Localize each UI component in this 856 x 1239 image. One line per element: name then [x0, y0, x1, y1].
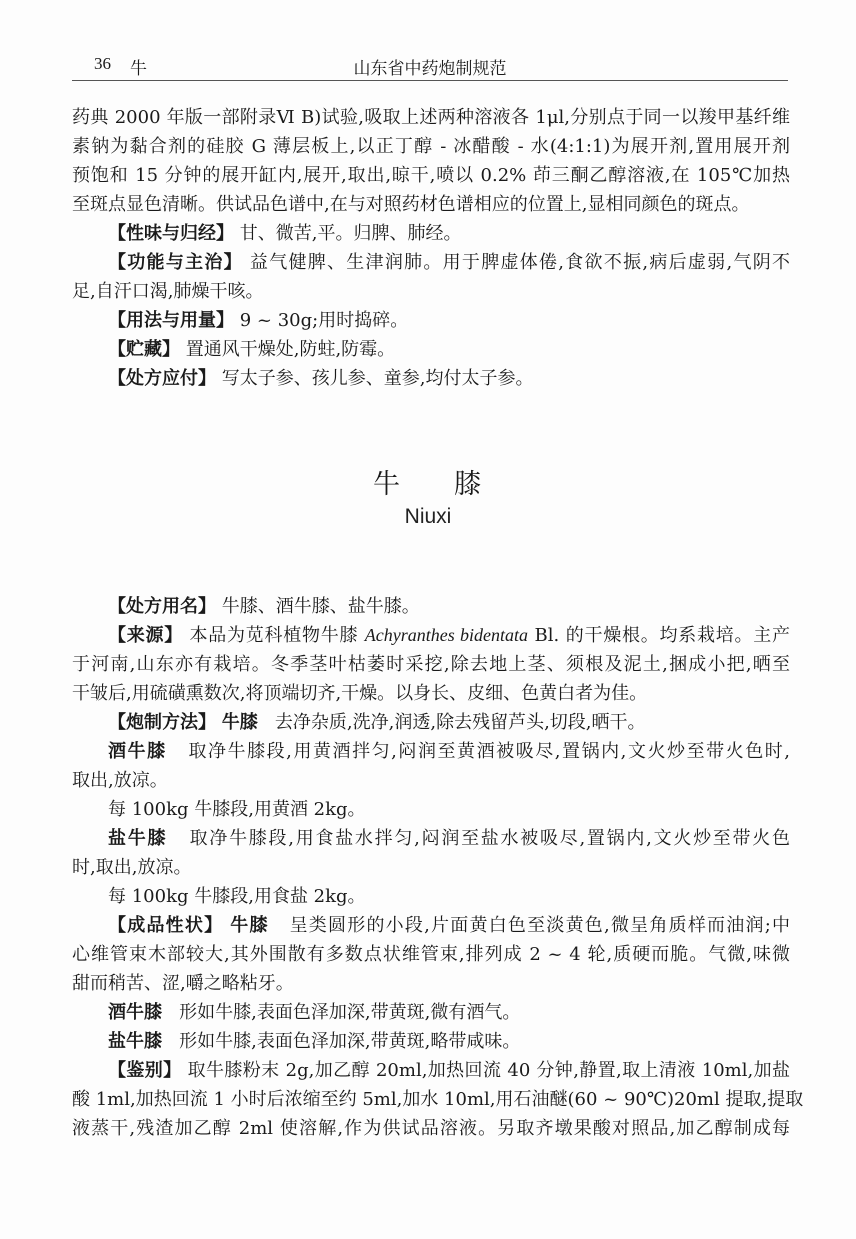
item-text: 形如牛膝,表面色泽加深,带黄斑,微有酒气。 [179, 1002, 520, 1023]
item-name: 酒牛膝 [108, 1002, 162, 1023]
text-line: 甜而稍苦、涩,嚼之略粘牙。 [72, 969, 790, 998]
section-label: 【用法与用量】 [108, 310, 234, 331]
section-label: 【处方应付】 [108, 368, 216, 389]
processing-wine: 酒牛膝 取净牛膝段,用黄酒拌匀,闷润至黄酒被吸尽,置锅内,文火炒至带火色时, [72, 737, 790, 766]
section-source: 【来源】 本品为苋科植物牛膝 Achyranthes bidentata Bl.… [72, 621, 790, 650]
text-line: 每 100kg 牛膝段,用食盐 2kg。 [72, 882, 790, 911]
item-name: 酒牛膝 [108, 741, 167, 762]
section-identification: 【鉴别】 取牛膝粉末 2g,加乙醇 20ml,加热回流 40 分钟,静置,取上清… [72, 1056, 790, 1085]
section-text: 益气健脾、生津润肺。用于脾虚体倦,食欲不振,病后虚弱,气阴不 [250, 252, 790, 273]
text-line: 心维管束木部较大,其外围散有多数点状维管束,排列成 2 ~ 4 轮,质硬而脆。气… [72, 940, 790, 969]
running-header: 36 牛 山东省中药炮制规范 [72, 50, 788, 80]
section-text: 9 ~ 30g;用时捣碎。 [240, 310, 408, 331]
text-line: 药典 2000 年版一部附录Ⅵ B)试验,吸取上述两种溶液各 1μl,分别点于同… [72, 103, 790, 132]
item-name: 盐牛膝 [108, 1031, 162, 1052]
text-line: 干皱后,用硫磺熏数次,将顶端切齐,干燥。以身长、皮细、色黄白者为佳。 [72, 679, 790, 708]
section-label: 【来源】 [108, 625, 183, 646]
item-name: 盐牛膝 [108, 828, 167, 849]
book-title: 山东省中药炮制规范 [72, 54, 788, 79]
section-label: 【成品性状】 [108, 915, 223, 936]
text-line: 每 100kg 牛膝段,用黄酒 2kg。 [72, 795, 790, 824]
latin-name: Achyranthes bidentata [365, 625, 528, 645]
text-line: 预饱和 15 分钟的展开缸内,展开,取出,晾干,喷以 0.2% 茚三酮乙醇溶液,… [72, 161, 790, 190]
text-line: 时,取出,放凉。 [72, 853, 790, 882]
section-text: 写太子参、孩儿参、童参,均付太子参。 [222, 368, 534, 389]
text-line: 至斑点显色清晰。供试品色谱中,在与对照药材色谱相应的位置上,显相同颜色的斑点。 [72, 190, 790, 219]
item-name: 牛膝 [230, 915, 268, 936]
text-line: 酸 1ml,加热回流 1 小时后浓缩至约 5ml,加水 10ml,用石油醚(60… [72, 1085, 790, 1114]
text-line: 素钠为黏合剂的硅胶 G 薄层板上,以正丁醇 - 冰醋酸 - 水(4:1:1)为展… [72, 132, 790, 161]
item-text: 呈类圆形的小段,片面黄白色至淡黄色,微呈角质样而油润;中 [290, 915, 790, 936]
text-line: 取出,放凉。 [72, 766, 790, 795]
section-text: 取牛膝粉末 2g,加乙醇 20ml,加热回流 40 分钟,静置,取上清液 10m… [188, 1060, 790, 1081]
section-text: Bl. 的干燥根。均系栽培。主产 [528, 625, 790, 646]
characteristics-salt: 盐牛膝 形如牛膝,表面色泽加深,带黄斑,略带咸味。 [72, 1027, 790, 1056]
section-label: 【功能与主治】 [108, 252, 243, 273]
text-line: 液蒸干,残渣加乙醇 2ml 使溶解,作为供试品溶液。另取齐墩果酸对照品,加乙醇制… [72, 1114, 790, 1143]
entry-body: 【处方用名】 牛膝、酒牛膝、盐牛膝。 【来源】 本品为苋科植物牛膝 Achyra… [72, 592, 790, 1143]
section-text: 置通风干燥处,防蛀,防霉。 [186, 339, 395, 360]
section-text: 甘、微苦,平。归脾、肺经。 [240, 223, 462, 244]
section-function-indication: 【功能与主治】 益气健脾、生津润肺。用于脾虚体倦,食欲不振,病后虚弱,气阴不 [72, 248, 790, 277]
section-text: 本品为苋科植物牛膝 [190, 625, 365, 646]
item-text: 取净牛膝段,用黄酒拌匀,闷润至黄酒被吸尽,置锅内,文火炒至带火色时, [188, 741, 790, 762]
section-label: 【处方用名】 [108, 596, 216, 617]
section-prescription-names: 【处方用名】 牛膝、酒牛膝、盐牛膝。 [72, 592, 790, 621]
section-storage: 【贮藏】 置通风干燥处,防蛀,防霉。 [72, 335, 790, 364]
entry-title-char: 牛 [373, 462, 402, 501]
text-line: 于河南,山东亦有栽培。冬季茎叶枯萎时采挖,除去地上茎、须根及泥土,捆成小把,晒至 [72, 650, 790, 679]
section-label: 【贮藏】 [108, 339, 180, 360]
item-name: 牛膝 [222, 712, 258, 733]
section-flavor-meridian: 【性味与归经】 甘、微苦,平。归脾、肺经。 [72, 219, 790, 248]
document-page: 36 牛 山东省中药炮制规范 药典 2000 年版一部附录Ⅵ B)试验,吸取上述… [0, 0, 856, 1239]
text-line: 足,自汗口渴,肺燥干咳。 [72, 277, 790, 306]
previous-entry-body: 药典 2000 年版一部附录Ⅵ B)试验,吸取上述两种溶液各 1μl,分别点于同… [72, 103, 790, 393]
section-characteristics: 【成品性状】 牛膝 呈类圆形的小段,片面黄白色至淡黄色,微呈角质样而油润;中 [72, 911, 790, 940]
section-processing: 【炮制方法】 牛膝 去净杂质,洗净,润透,除去残留芦头,切段,晒干。 [72, 708, 790, 737]
header-rule [72, 80, 788, 81]
entry-title: 牛膝 [0, 462, 856, 501]
section-label: 【性味与归经】 [108, 223, 234, 244]
entry-title-char: 膝 [454, 462, 483, 501]
processing-salt: 盐牛膝 取净牛膝段,用食盐水拌匀,闷润至盐水被吸尽,置锅内,文火炒至带火色 [72, 824, 790, 853]
characteristics-wine: 酒牛膝 形如牛膝,表面色泽加深,带黄斑,微有酒气。 [72, 998, 790, 1027]
item-text: 形如牛膝,表面色泽加深,带黄斑,略带咸味。 [179, 1031, 520, 1052]
section-label: 【炮制方法】 [108, 712, 216, 733]
section-prescription-dispensing: 【处方应付】 写太子参、孩儿参、童参,均付太子参。 [72, 364, 790, 393]
section-text: 牛膝、酒牛膝、盐牛膝。 [222, 596, 420, 617]
entry-pinyin: Niuxi [0, 505, 856, 529]
section-usage-dosage: 【用法与用量】 9 ~ 30g;用时捣碎。 [72, 306, 790, 335]
item-text: 去净杂质,洗净,润透,除去残留芦头,切段,晒干。 [275, 712, 646, 733]
section-label: 【鉴别】 [108, 1060, 182, 1081]
item-text: 取净牛膝段,用食盐水拌匀,闷润至盐水被吸尽,置锅内,文火炒至带火色 [190, 828, 790, 849]
